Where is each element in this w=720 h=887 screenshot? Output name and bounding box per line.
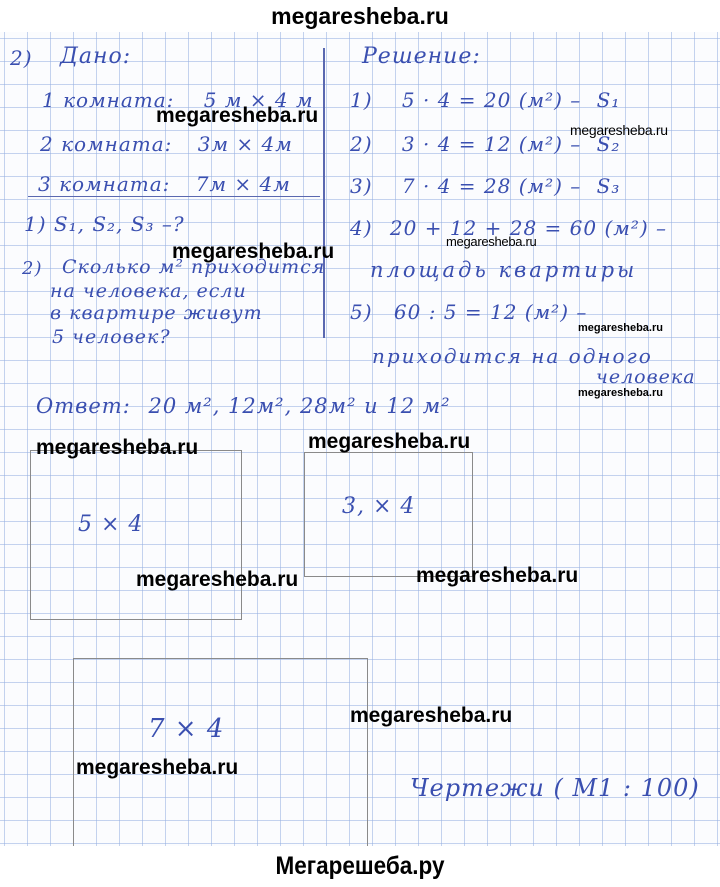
step-5-expr: 60 : 5 = 12 (м²) –	[394, 300, 587, 324]
watermark: megaresheba.ru	[76, 756, 238, 780]
notebook-page: 2) Дано: 1 комната: 5 м × 4 м 2 комната:…	[0, 32, 720, 846]
step-4-result: площадь квартиры	[370, 258, 637, 282]
step-5: 5) 60 : 5 = 12 (м²) –	[350, 300, 587, 324]
room-3-label: 3 комната:	[38, 172, 170, 196]
room-2-dims: 3м × 4м	[198, 132, 293, 156]
site-header: megaresheba.ru	[0, 0, 720, 32]
step-1-result: S₁	[597, 88, 621, 112]
question-1: 1) S₁, S₂, S₃ –?	[24, 212, 185, 236]
watermark: megaresheba.ru	[578, 387, 663, 399]
watermark: megaresheba.ru	[308, 430, 470, 454]
question-2-line-3: в квартире живут	[50, 302, 263, 324]
room-3-dims: 7м × 4м	[196, 172, 291, 196]
room-1-drawing-label: 5 × 4	[78, 512, 143, 537]
watermark: megaresheba.ru	[416, 564, 578, 588]
watermark: megaresheba.ru	[172, 240, 334, 264]
watermark: megaresheba.ru	[350, 704, 512, 728]
question-1-text: S₁, S₂, S₃ –?	[54, 212, 185, 236]
watermark: megaresheba.ru	[136, 568, 298, 592]
task-number: 2)	[10, 46, 33, 70]
step-3-result: S₃	[597, 174, 621, 198]
room-2-label: 2 комната:	[40, 132, 172, 156]
question-2-num: 2)	[22, 258, 42, 279]
step-1-num: 1)	[350, 88, 373, 112]
watermark: megaresheba.ru	[156, 104, 318, 128]
watermark: megaresheba.ru	[570, 122, 668, 138]
step-3-num: 3)	[350, 174, 373, 198]
given-divider	[28, 196, 320, 197]
step-1: 1) 5 · 4 = 20 (м²) – S₁	[350, 88, 620, 112]
room-3-drawing-label: 7 × 4	[148, 714, 224, 744]
site-footer: Мегарешеба.ру	[36, 846, 684, 887]
room-3-drawing	[73, 658, 368, 846]
answer: Ответ: 20 м², 12м², 28м² и 12 м²	[36, 394, 451, 418]
solution-title: Решение:	[362, 44, 481, 69]
watermark: megaresheba.ru	[446, 234, 536, 249]
room-2-given: 2 комната: 3м × 4м	[40, 132, 293, 156]
step-4-num: 4)	[350, 216, 373, 240]
step-3-expr: 7 · 4 = 28 (м²) –	[402, 174, 581, 198]
step-1-expr: 5 · 4 = 20 (м²) –	[402, 88, 581, 112]
column-divider	[323, 48, 325, 338]
watermark: megaresheba.ru	[36, 436, 198, 460]
watermark: megaresheba.ru	[578, 322, 663, 334]
answer-text: 20 м², 12м², 28м² и 12 м²	[148, 394, 450, 418]
drawings-caption: Чертежи ( М1 : 100)	[410, 774, 700, 802]
room-3-given: 3 комната: 7м × 4м	[38, 172, 291, 196]
question-1-num: 1)	[24, 212, 47, 236]
answer-label: Ответ:	[36, 394, 131, 418]
question-2-line-4: 5 человек?	[52, 326, 171, 348]
step-3: 3) 7 · 4 = 28 (м²) – S₃	[350, 174, 620, 198]
room-1-label: 1 комната:	[42, 88, 174, 112]
step-5-result-line-1: приходится на одного	[372, 344, 653, 368]
given-title: Дано:	[60, 44, 131, 69]
step-2-num: 2)	[350, 132, 373, 156]
step-5-num: 5)	[350, 300, 373, 324]
step-5-result-line-2: человека	[596, 366, 696, 388]
question-2-line-2: на человека, если	[50, 280, 247, 302]
step-2-expr: 3 · 4 = 12 (м²) –	[402, 132, 581, 156]
room-2-drawing-label: 3, × 4	[342, 494, 415, 519]
